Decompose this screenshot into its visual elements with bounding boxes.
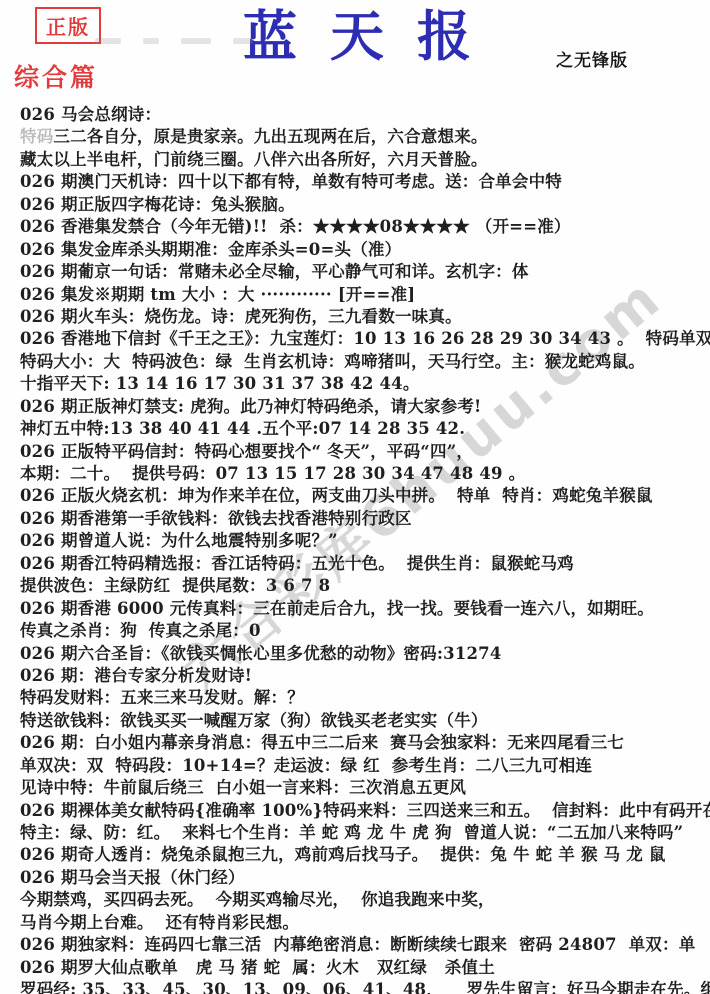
report-line: 本期：二十。 提供号码：07 13 15 17 28 30 34 47 48 4… — [20, 463, 704, 485]
report-line: 026 正版火烧玄机：坤为作来羊在位，两支曲刀头中拼。 特单 特肖：鸡蛇兔羊猴鼠 — [20, 485, 704, 507]
report-line: 026 期曾道人说：为什么地震特别多呢？” — [20, 530, 704, 552]
report-line: 藏太以上半电杆，门前绕三圈。八伴六出各所好，六月天普脸。 — [20, 149, 704, 171]
newspaper-page: 正版 蓝天报 之无锋版 综合篇 六合彩库6huuu.com 026 马会总纲诗：… — [0, 0, 710, 994]
report-line: 单双决：双 特码段：10+14=？走运波：绿 红 参考生肖：二八三九可相连 — [20, 755, 704, 777]
report-line: 特码大小：大 特码波色：绿 生肖玄机诗：鸡啼猪叫，天马行空。主：猴龙蛇鸡鼠。 — [20, 351, 704, 373]
report-line: 提供波色：主绿防红 提供尾数：3 6 7 8 — [20, 575, 704, 597]
report-line: 特送欲钱料：欲钱买买一喊醒万家（狗）欲钱买老老实实（牛） — [20, 710, 704, 732]
report-line: 026 期奇人透肖：烧兔杀鼠抱三九，鸡前鸡后找马子。 提供：兔 牛 蛇 羊 猴 … — [20, 844, 704, 866]
report-line: 026 期马会当天报（休门经） — [20, 867, 704, 889]
report-line: 026 集发金库杀头期期准：金库杀头=0=头（准） — [20, 239, 704, 261]
report-line: 026 期香江特码精选报：香江话特码：五光十色。 提供生肖：鼠猴蛇马鸡 — [20, 553, 704, 575]
report-line: 特主：绿、防：红。 来料七个生肖：羊 蛇 鸡 龙 牛 虎 狗 曾道人说：“二五加… — [20, 822, 704, 844]
report-line: 026 期正版神灯禁支: 虎狗。此乃神灯特码绝杀，请大家参考! — [20, 396, 704, 418]
report-line: 026 期六合圣旨：《欲钱买惆怅心里多优愁的动物》密码:31274 — [20, 643, 704, 665]
page-title: 蓝天报 — [243, 0, 504, 71]
report-line: 026 期：白小姐内幕亲身消息：得五中三二后来 赛马会独家料：无来四尾看三七 — [20, 732, 704, 754]
report-line: 见诗中特：牛前鼠后绕三 白小姐一言来料：三次消息五更风 — [20, 777, 704, 799]
report-line: 传真之杀肖：狗 传真之杀尾：0 — [20, 620, 704, 642]
report-line: 026 马会总纲诗： — [20, 104, 704, 126]
section-heading: 综合篇 — [14, 58, 98, 94]
report-line: 026 期香港 6000 元传真料：三在前走后合九，找一找。要钱看一连六八，如期… — [20, 598, 704, 620]
report-line: 026 期香港第一手欲钱料：欲钱去找香港特别行政区 — [20, 508, 704, 530]
report-line: 十指平天下: 13 14 16 17 30 31 37 38 42 44。 — [20, 373, 704, 395]
edition-label: 之无锋版 — [556, 46, 628, 71]
report-line: 026 期罗大仙点歌单 虎 马 猪 蛇 属：火木 双红绿 杀值土 — [20, 957, 704, 979]
report-line: 马肖今期上台难。 还有特肖彩民想。 — [20, 912, 704, 934]
report-line: 026 期葡京一句话：常赌未必全尽输，平心静气可和详。玄机字：体 — [20, 261, 704, 283]
report-line: 特码发财料：五来三来马发财。解：？ — [20, 687, 704, 709]
authentic-badge: 正版 — [35, 7, 101, 44]
report-line: 今期禁鸡，买四码去死。 今期买鸡输尽光， 你追我跑来中奖， — [20, 889, 704, 911]
report-body: 026 马会总纲诗： 特码三二各自分，原是贵家亲。九出五现两在后，六合意想来。 … — [20, 104, 704, 994]
report-line: 026 期火车头：烧伤龙。诗：虎死狗伤，三九看数一味真。 — [20, 306, 704, 328]
report-line: 026 期澳门天机诗：四十以下都有特，单数有特可考虑。送：合单会中特 — [20, 171, 704, 193]
report-line: 026 香港集发禁合（今年无错)!! 杀：★★★★08★★★★ （开==准） — [20, 216, 704, 238]
report-line: 026 正版特平码信封：特码心想要找个“ 冬天”，平码“四”， — [20, 441, 704, 463]
report-line: 026 集发※期期 tm 大小 ：大 ············ [开==准] — [20, 284, 704, 306]
report-line: 026 期裸体美女献特码{准确率 100%}特码来料：三四送来三和五。 信封料：… — [20, 800, 704, 822]
report-line: 神灯五中特:13 38 40 41 44 .五个平:07 14 28 35 42… — [20, 418, 704, 440]
report-line: 罗码经: 35、33、45、30、13、09、06、41、48， 罗先生留言：好… — [20, 979, 704, 994]
report-line: 026 期：港台专家分析发财诗! — [20, 665, 704, 687]
report-line: 026 香港地下信封《千王之王》：九宝莲灯：10 13 16 26 28 29 … — [20, 328, 704, 350]
report-line: 026 期正版四字梅花诗：兔头猴脑。 — [20, 194, 704, 216]
scan-artifact — [95, 38, 275, 57]
report-line: 特码三二各自分，原是贵家亲。九出五现两在后，六合意想来。 — [20, 126, 704, 148]
report-line: 026 期独家料：连码四七靠三活 内幕绝密消息：断断续续七跟来 密码 24807… — [20, 934, 704, 956]
